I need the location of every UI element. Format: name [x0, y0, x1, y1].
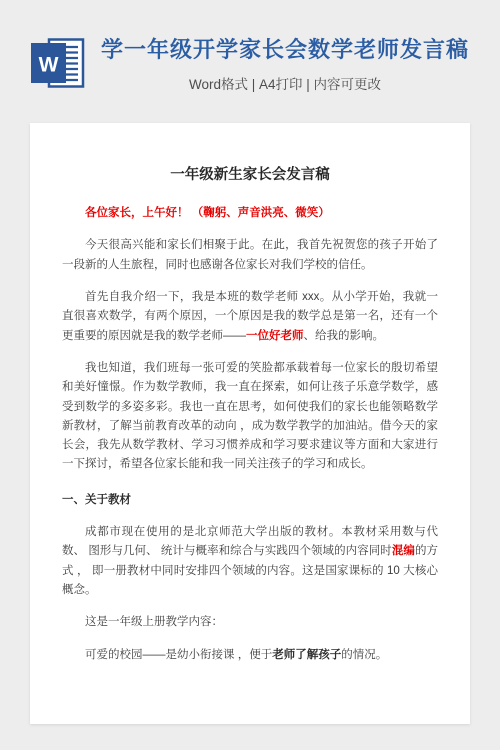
text-segment: 我也知道，我们班每一张可爱的笑脸都承载着每一位家长的殷切希望和美好憧憬。作为数学… [62, 362, 438, 471]
document-paragraphs: 各位家长，上午好！ （鞠躬、声音洪亮、微笑）今天很高兴能和家长们相聚于此。在此，… [62, 204, 438, 665]
paragraph: 今天很高兴能和家长们相聚于此。在此，我首先祝贺您的孩子开始了一段新的人生旅程，同… [62, 236, 438, 275]
text-segment: 各位家长，上午好！ （鞠躬、声音洪亮、微笑） [85, 207, 330, 219]
page-subtitle: Word格式 | A4打印 | 内容可更改 [101, 73, 469, 93]
paragraph: 各位家长，上午好！ （鞠躬、声音洪亮、微笑） [62, 204, 438, 223]
paragraph: 首先自我介绍一下，我是本班的数学老师 xxx。从小学开始，我就一直很喜欢数学，有… [62, 288, 438, 346]
document-preview-page: 一年级新生家长会发言稿 各位家长，上午好！ （鞠躬、声音洪亮、微笑）今天很高兴能… [30, 123, 470, 724]
text-segment: 今天很高兴能和家长们相聚于此。在此，我首先祝贺您的孩子开始了一段新的人生旅程，同… [62, 239, 438, 270]
paragraph: 成都市现在使用的是北京师范大学出版的教材。本教材采用数与代数、 图形与几何、 统… [62, 523, 438, 600]
text-segment: 、给我的影响。 [304, 330, 385, 342]
paragraph: 我也知道，我们班每一张可爱的笑脸都承载着每一位家长的殷切希望和美好憧憬。作为数学… [62, 359, 438, 475]
svg-text:W: W [39, 54, 59, 77]
text-segment: 这是一年级上册教学内容： [85, 616, 223, 628]
paragraph: 这是一年级上册教学内容： [62, 613, 438, 632]
header-text: 学一年级开学家长会数学老师发言稿 Word格式 | A4打印 | 内容可更改 [101, 36, 469, 93]
section-heading: 一、关于教材 [62, 491, 438, 510]
paragraph: 可爱的校园——是幼小衔接课 ，便于老师了解孩子的情况。 [62, 646, 438, 665]
text-segment: 混编 [392, 545, 415, 557]
text-segment: 的情况。 [341, 649, 387, 661]
header: W 学一年级开学家长会数学老师发言稿 Word格式 | A4打印 | 内容可更改 [0, 0, 500, 93]
text-segment: 可爱的校园——是幼小衔接课 ，便于 [85, 649, 272, 661]
word-file-icon: W [31, 38, 85, 93]
text-segment: 一、关于教材 [62, 494, 131, 506]
document-title: 一年级新生家长会发言稿 [62, 163, 438, 184]
text-segment: 成都市现在使用的是北京师范大学出版的教材。本教材采用数与代数、 图形与几何、 统… [62, 526, 438, 557]
text-segment: 老师了解孩子 [272, 649, 341, 661]
text-segment: 一位好老师 [246, 330, 304, 342]
page-title: 学一年级开学家长会数学老师发言稿 [101, 36, 469, 64]
